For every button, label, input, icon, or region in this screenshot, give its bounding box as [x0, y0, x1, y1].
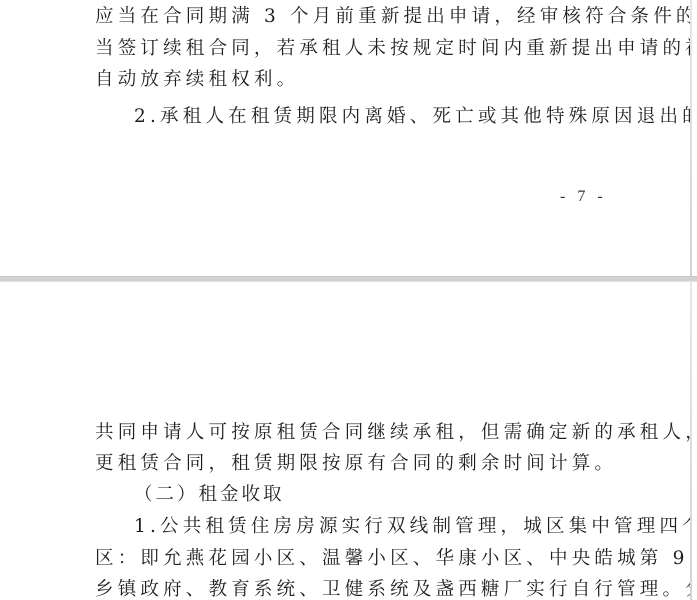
paragraph-line: 当签订续租合同，若承租人未按规定时间内重新提出申请的视为: [95, 37, 615, 61]
page-number: - 7 -: [560, 188, 607, 206]
paragraph-line: 自动放弃续租权利。: [95, 68, 615, 92]
paragraph-line-indented: 2.承租人在租赁期限内离婚、死亡或其他特殊原因退出的，: [134, 105, 654, 129]
document-page-8: 共同申请人可按原租赁合同继续承租，但需确定新的承租人，变 更租赁合同，租赁期限按…: [0, 282, 690, 600]
section-heading: （二）租金收取: [134, 483, 654, 507]
paragraph-line: 区：即允燕花园小区、温馨小区、华康小区、中央皓城第 9 栋；: [95, 547, 615, 571]
paragraph-line: 乡镇政府、教育系统、卫健系统及盏西糖厂实行自行管理。分类、: [95, 578, 615, 600]
paragraph-line: 共同申请人可按原租赁合同继续承租，但需确定新的承租人，变: [95, 421, 615, 445]
paragraph-line-indented: 1.公共租赁住房房源实行双线制管理，城区集中管理四个小: [134, 515, 654, 539]
paragraph-line: 应当在合同期满 3 个月前重新提出申请，经审核符合条件的，应: [95, 5, 615, 29]
page-right-edge: [690, 282, 692, 600]
document-page-7: 应当在合同期满 3 个月前重新提出申请，经审核符合条件的，应 当签订续租合同，若…: [0, 0, 690, 276]
page-right-edge: [690, 0, 692, 276]
paragraph-line: 更租赁合同，租赁期限按原有合同的剩余时间计算。: [95, 452, 615, 476]
